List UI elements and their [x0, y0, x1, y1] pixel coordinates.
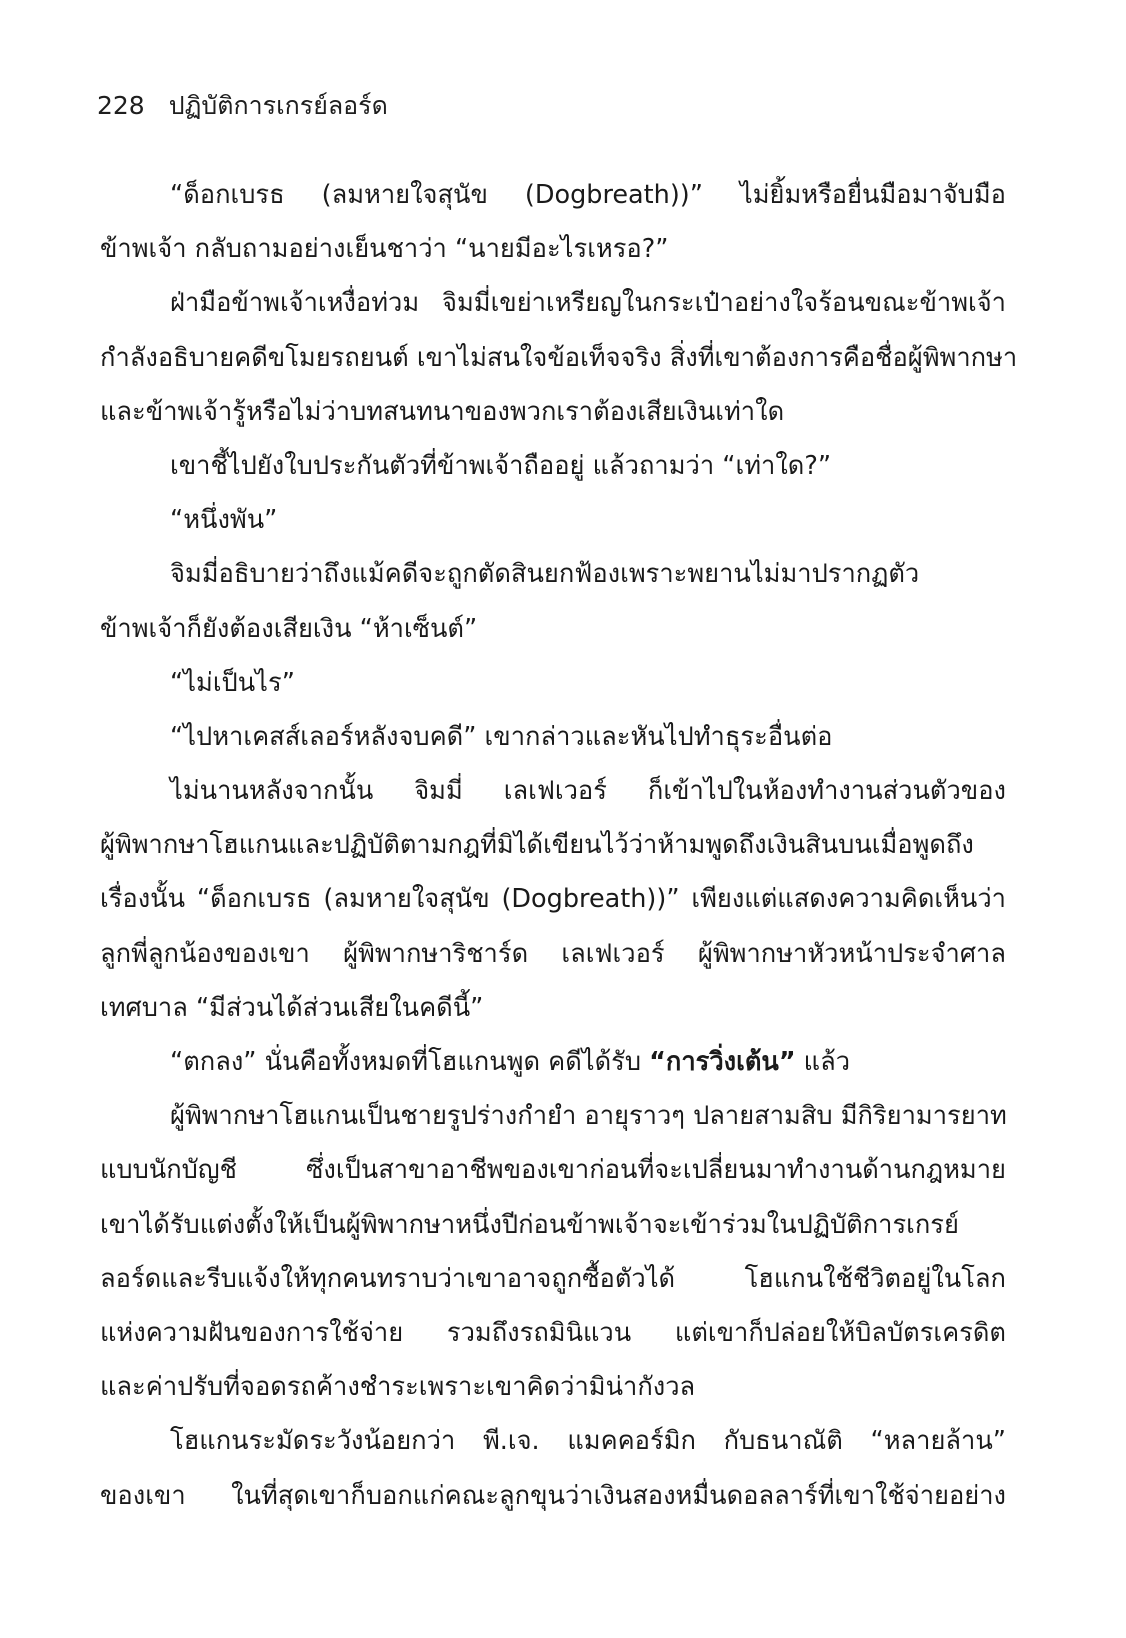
text-line: ผู้พิพากษาโฮแกนและปฏิบัติตามกฎที่มิได้เข… [100, 818, 1006, 872]
body-text: “ด็อกเบรธ (ลมหายใจสุนัข (Dogbreath))” ไม… [100, 168, 1006, 1523]
text-line: “ไม่เป็นไร” [100, 656, 1006, 710]
text-line: แห่งความฝันของการใช้จ่าย รวมถึงรถมินิแวน… [100, 1306, 1006, 1360]
running-header: 228 ปฏิบัติการเกรย์ลอร์ด [97, 86, 388, 126]
text-line-with-bold: “ตกลง” นั่นคือทั้งหมดที่โฮแกนพูด คดีได้ร… [100, 1035, 1006, 1089]
text-line: ผู้พิพากษาโฮแกนเป็นชายรูปร่างกำยำ อายุรา… [100, 1089, 1006, 1143]
text-line: โฮแกนระมัดระวังน้อยกว่า พี.เจ. แมคคอร์มิ… [100, 1414, 1006, 1468]
book-page: 228 ปฏิบัติการเกรย์ลอร์ด “ด็อกเบรธ (ลมหา… [0, 0, 1126, 1638]
text-line: “หนึ่งพัน” [100, 493, 1006, 547]
text-line: เขาได้รับแต่งตั้งให้เป็นผู้พิพากษาหนึ่งป… [100, 1198, 1006, 1252]
text-line: และข้าพเจ้ารู้หรือไม่ว่าบทสนทนาของพวกเรา… [100, 385, 1006, 439]
text-line: ข้าพเจ้า กลับถามอย่างเย็นชาว่า “นายมีอะไ… [100, 222, 1006, 276]
bold-phrase: “การวิ่งเต้น” [649, 1047, 795, 1077]
page-number: 228 [97, 91, 145, 120]
text-line: ลอร์ดและรีบแจ้งให้ทุกคนทราบว่าเขาอาจถูกซ… [100, 1252, 1006, 1306]
text-line: เขาชี้ไปยังใบประกันตัวที่ข้าพเจ้าถืออยู่… [100, 439, 1006, 493]
text-line: ของเขา ในที่สุดเขาก็บอกแก่คณะลูกขุนว่าเง… [100, 1469, 1006, 1523]
text-line: ไม่นานหลังจากนั้น จิมมี่ เลเฟเวอร์ ก็เข้… [100, 764, 1006, 818]
text-line: “ด็อกเบรธ (ลมหายใจสุนัข (Dogbreath))” ไม… [100, 168, 1006, 222]
text-line: จิมมี่อธิบายว่าถึงแม้คดีจะถูกตัดสินยกฟ้อ… [100, 547, 1006, 601]
text-line: ฝ่ามือข้าพเจ้าเหงื่อท่วม จิมมี่เขย่าเหรี… [100, 276, 1006, 330]
running-title: ปฏิบัติการเกรย์ลอร์ด [169, 86, 388, 126]
text-segment: แล้ว [796, 1047, 851, 1077]
text-line: แบบนักบัญชี ซึ่งเป็นสาขาอาชีพของเขาก่อนท… [100, 1143, 1006, 1197]
text-line: ข้าพเจ้าก็ยังต้องเสียเงิน “ห้าเซ็นต์” [100, 602, 1006, 656]
text-line: “ไปหาเคสส์เลอร์หลังจบคดี” เขากล่าวและหัน… [100, 710, 1006, 764]
text-line: ลูกพี่ลูกน้องของเขา ผู้พิพากษาริชาร์ด เล… [100, 927, 1006, 981]
text-line: และค่าปรับที่จอดรถค้างชำระเพราะเขาคิดว่า… [100, 1360, 1006, 1414]
text-line: เรื่องนั้น “ด็อกเบรธ (ลมหายใจสุนัข (Dogb… [100, 872, 1006, 926]
text-line: เทศบาล “มีส่วนได้ส่วนเสียในคดีนี้” [100, 981, 1006, 1035]
text-line: กำลังอธิบายคดีขโมยรถยนต์ เขาไม่สนใจข้อเท… [100, 331, 1006, 385]
text-segment: “ตกลง” นั่นคือทั้งหมดที่โฮแกนพูด คดีได้ร… [170, 1047, 649, 1077]
